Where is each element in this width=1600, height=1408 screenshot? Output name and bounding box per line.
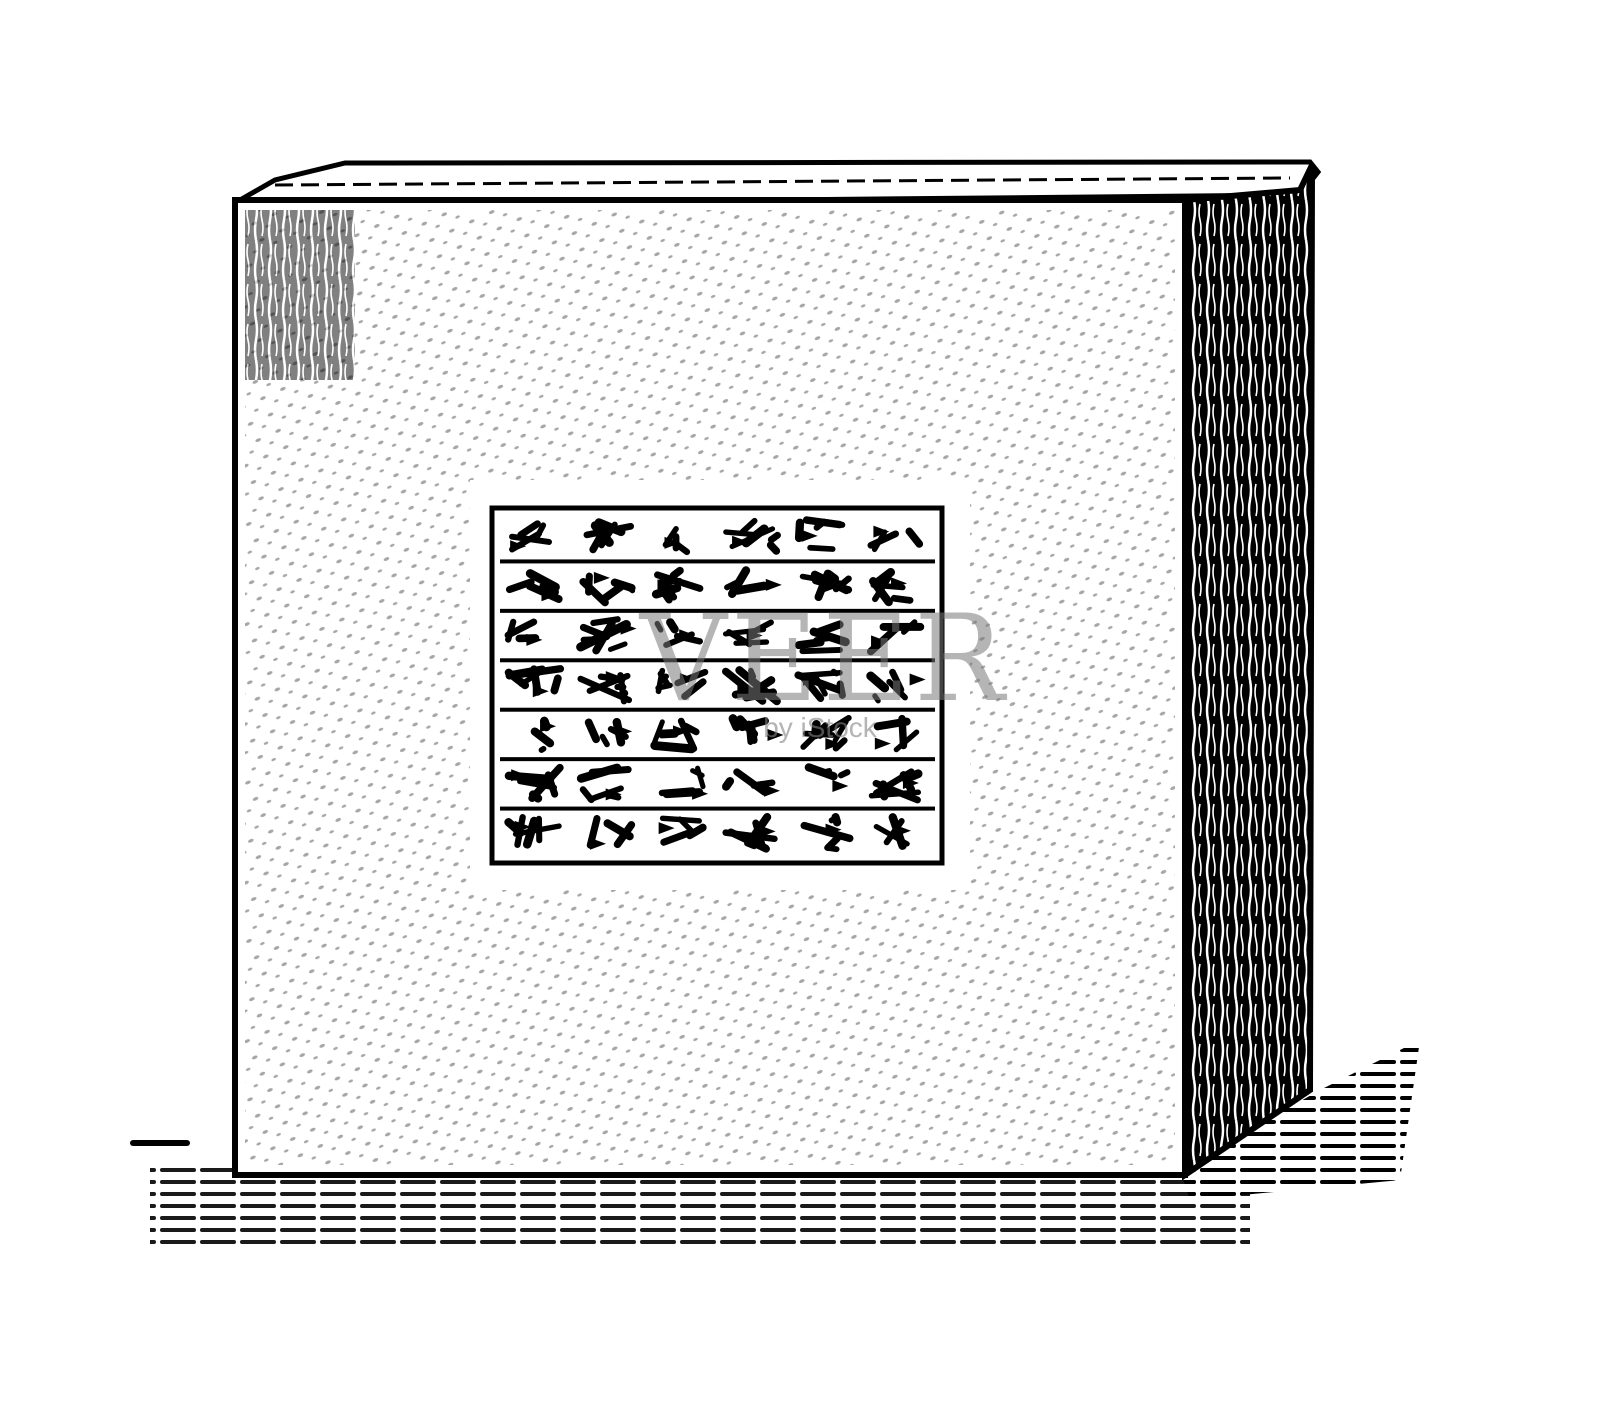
engraving-scene bbox=[0, 0, 1600, 1408]
inscription-panel bbox=[492, 508, 942, 863]
brick-side-face bbox=[1185, 165, 1312, 1175]
